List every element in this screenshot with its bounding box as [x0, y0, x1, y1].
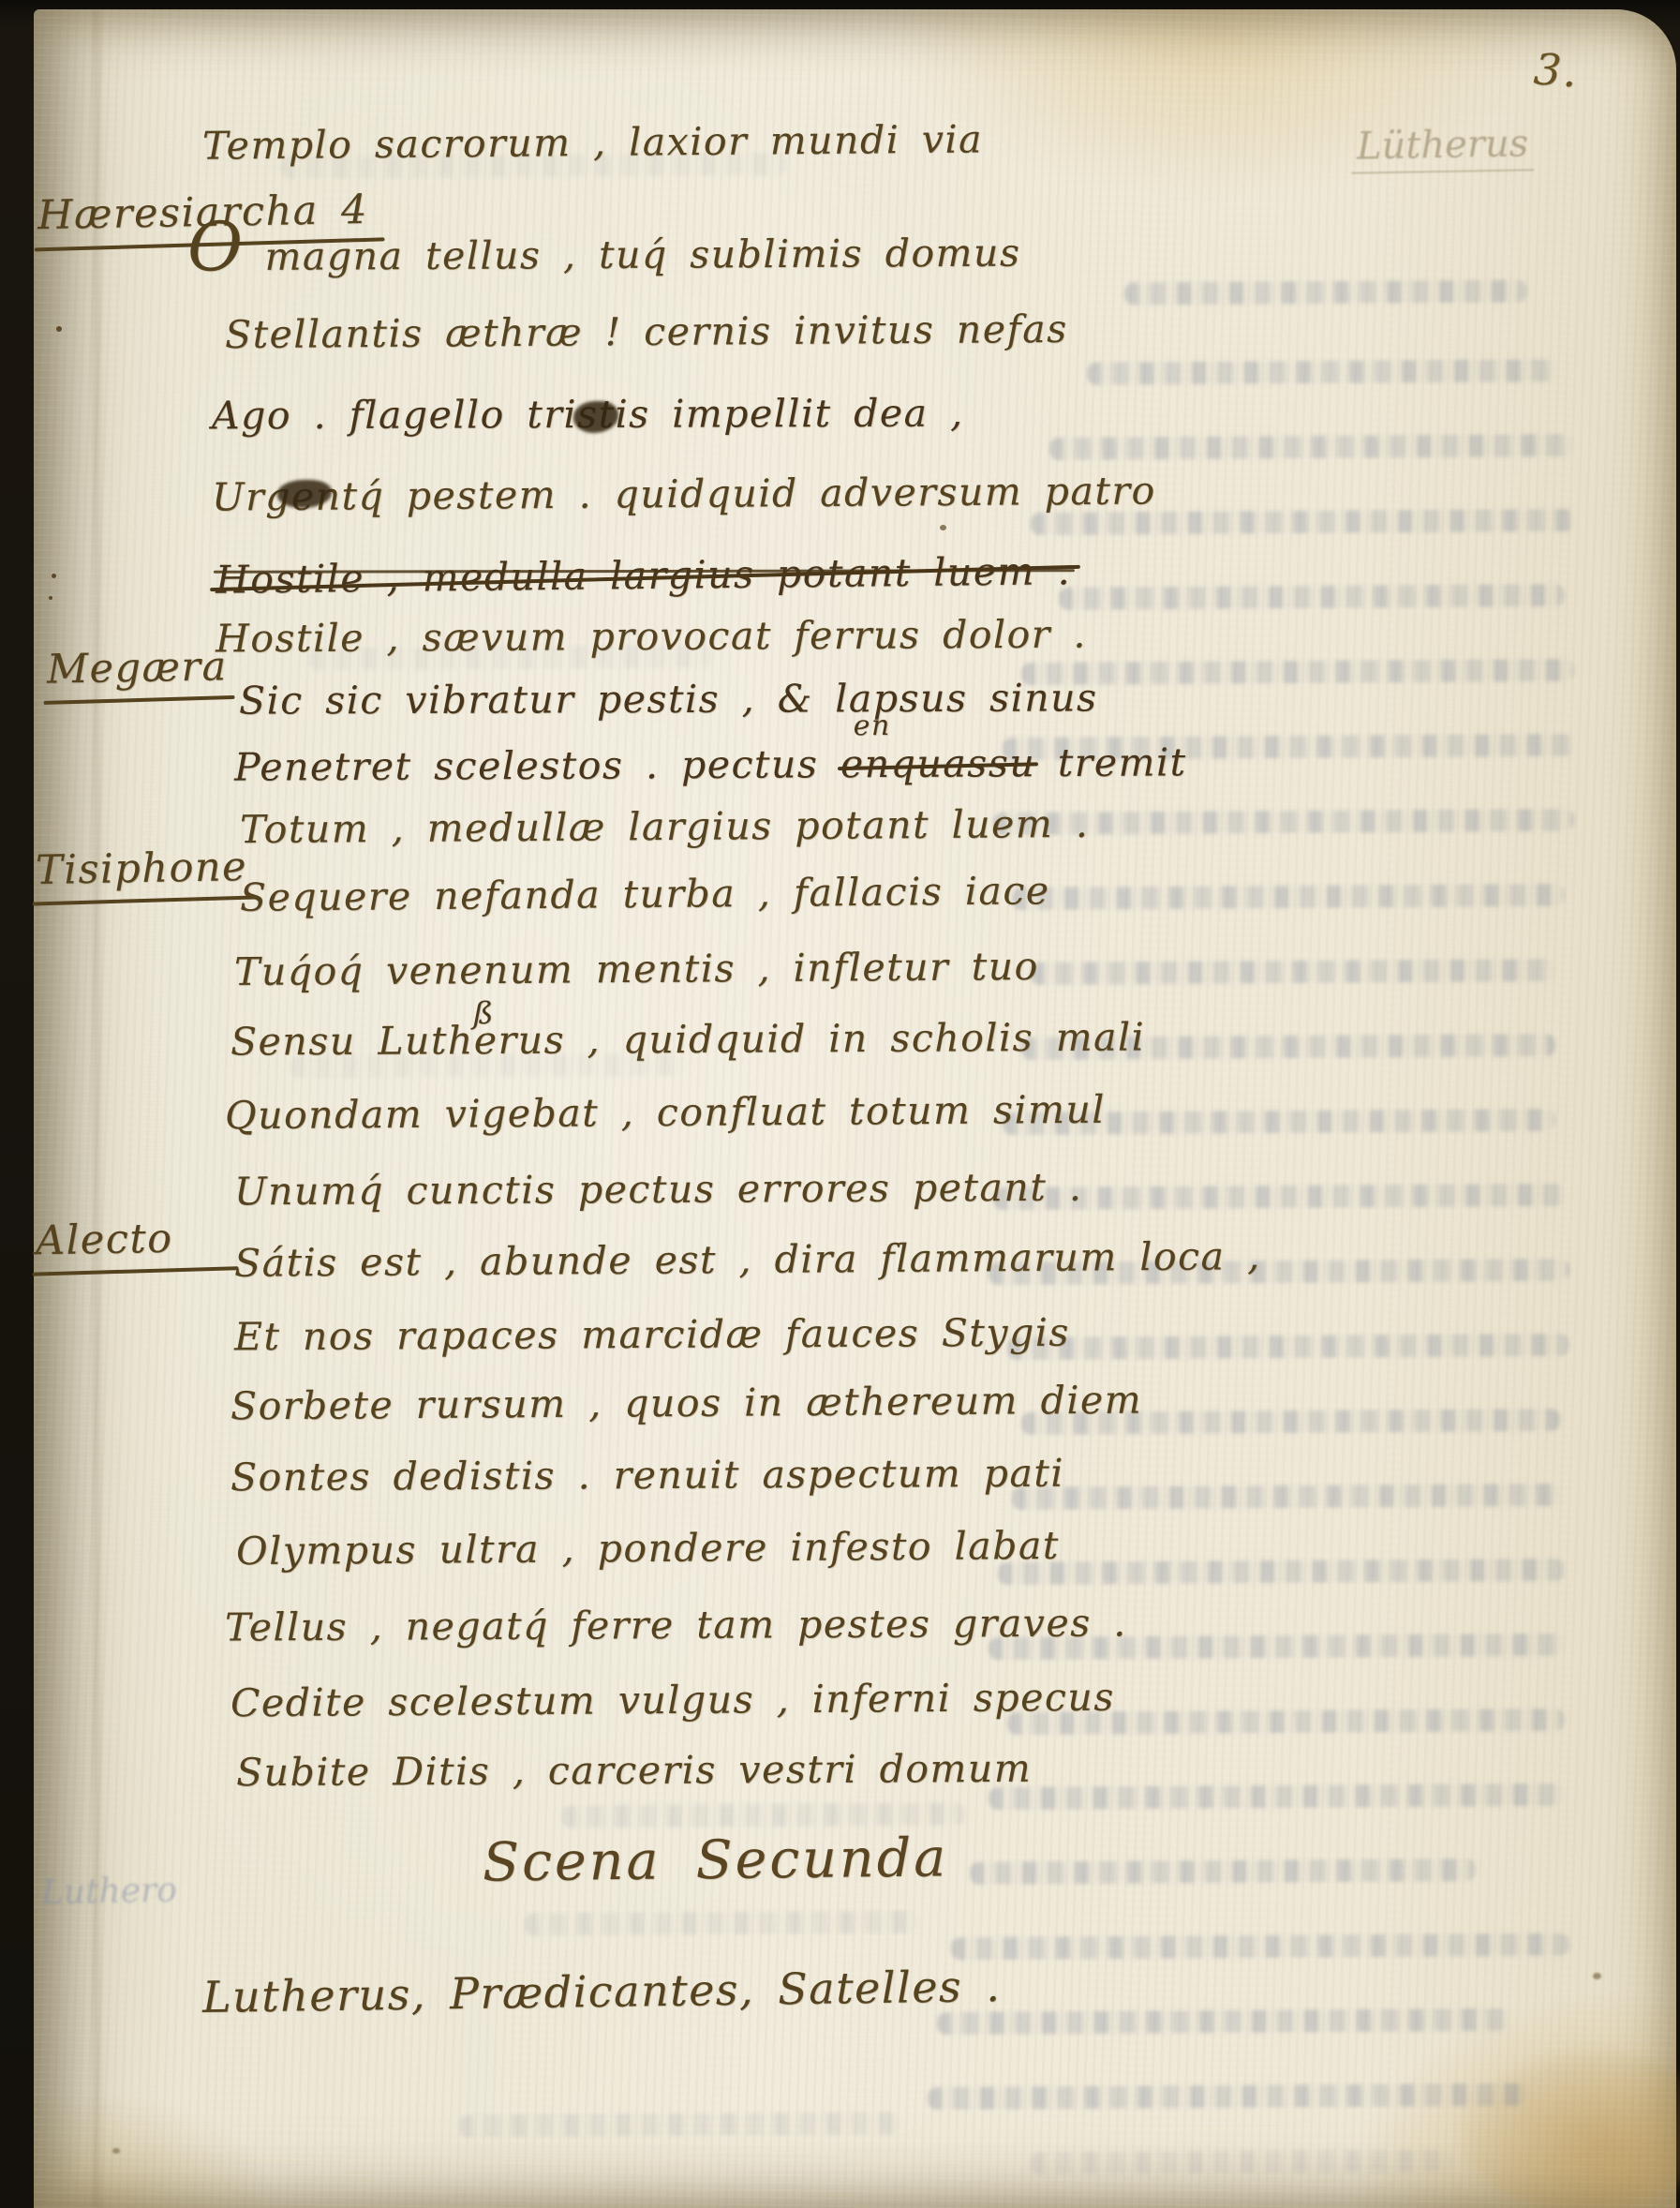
- bleed-through-mark: [989, 1783, 1565, 1810]
- bleed-through-mark: [525, 1911, 918, 1936]
- ink-spot: [940, 525, 946, 530]
- inserted-word: en: [854, 709, 891, 742]
- ghost-text-top-right: Lütherus: [1351, 122, 1535, 173]
- bleed-through-mark: [998, 1559, 1565, 1585]
- poem-line-struck: Hostile , medulla largius potant luem .: [216, 548, 1071, 603]
- poem-line: Sátis est , abunde est , dira flammarum …: [234, 1233, 1261, 1286]
- bleed-through-mark: [1031, 2149, 1452, 2174]
- bleed-through-mark: [1049, 434, 1574, 460]
- struck-text: Hostile , medulla largius potant luem .: [216, 548, 1071, 603]
- ink-spot: [49, 596, 52, 600]
- ink-spot: [112, 2148, 120, 2154]
- bleed-through-mark: [970, 1858, 1476, 1885]
- poem-line: Urgentq́ pestem . quidquid adversum patr…: [212, 468, 1156, 519]
- ink-spot: [52, 574, 56, 578]
- poem-line: Cedite scelestum vulgus , inferni specus: [230, 1675, 1115, 1726]
- bleed-through-mark: [1012, 884, 1565, 910]
- poem-line: Quondam vigebat , confluat totum simul: [225, 1087, 1106, 1139]
- bleed-through-mark: [1021, 659, 1574, 685]
- poem-line: Tellus , negatq́ ferre tam pestes graves…: [225, 1600, 1127, 1649]
- poem-line: Hostile , sævum provocat ferrus dolor .: [216, 612, 1087, 662]
- struck-word: enquassu: [840, 740, 1036, 786]
- line-suffix: tremit: [1058, 739, 1187, 785]
- bleed-through-mark: [562, 1802, 965, 1828]
- ink-spot: [1593, 1973, 1601, 1979]
- bleed-through-mark: [1012, 1484, 1560, 1510]
- corrected-word-group: en enquassu: [840, 740, 1036, 786]
- bleed-through-mark: [1031, 959, 1555, 985]
- manuscript-scan: 3. Lütherus Luthero Hæresiarcha 4 Megæra…: [0, 0, 1680, 2208]
- poem-line: O magna tellus , tuq́ sublimis domus: [187, 231, 1021, 280]
- poem-line-with-correction: Penetret scelestos . pectus en enquassu …: [234, 739, 1187, 789]
- margin-label-megaera: Megæra: [47, 643, 228, 693]
- bleed-through-mark: [937, 2008, 1509, 2035]
- poem-line: Templo sacrorum , laxior mundi via: [202, 116, 983, 168]
- poem-line: Sensu Lutherus , quidquid in scholis mal…: [230, 1014, 1145, 1064]
- poem-line: Subite Ditis , carceris vestri domum: [236, 1746, 1032, 1795]
- page-number: 3.: [1532, 43, 1581, 97]
- poem-line: Olympus ultra , pondere infesto labat: [236, 1523, 1060, 1574]
- margin-label-tisiphone: Tisiphone: [36, 843, 248, 894]
- bleed-through-mark: [1007, 1334, 1569, 1360]
- line-prefix: Penetret scelestos . pectus: [234, 741, 819, 789]
- bleed-through-mark: [1124, 279, 1527, 305]
- poem-line: Tuq́oq́ venenum mentis , infletur tuo: [234, 944, 1039, 994]
- poem-line: Sorbete rursum , quos in æthereum diem: [230, 1378, 1142, 1429]
- poem-line: Stellantis æthræ ! cernis invitus nefas: [225, 306, 1068, 357]
- bleed-through-mark: [1059, 584, 1565, 610]
- poem-line: Et nos rapaces marcidæ fauces Stygis: [234, 1310, 1070, 1360]
- poem-line: Unumq́ cunctis pectus errores petant .: [234, 1165, 1083, 1215]
- poem-line: Sequere nefanda turba , fallacis iace: [240, 868, 1050, 920]
- poem-line: Sic sic vibratur pestis , & lapsus sinus: [239, 675, 1098, 723]
- scene-heading: Scena Secunda: [483, 1827, 949, 1893]
- poem-line: Totum , medullæ largius potant luem .: [240, 801, 1090, 852]
- bleed-through-mark: [1087, 359, 1555, 384]
- bleed-through-mark: [459, 2111, 899, 2137]
- bleed-through-mark: [928, 2083, 1527, 2110]
- bleed-through-mark: [951, 1933, 1569, 1961]
- ghost-text-bottom-left: Luthero: [41, 1872, 178, 1913]
- ink-spot: [56, 326, 62, 332]
- margin-label-alecto: Alecto: [36, 1216, 173, 1265]
- poem-line: Sontes dedistis . renuit aspectum pati: [230, 1451, 1064, 1500]
